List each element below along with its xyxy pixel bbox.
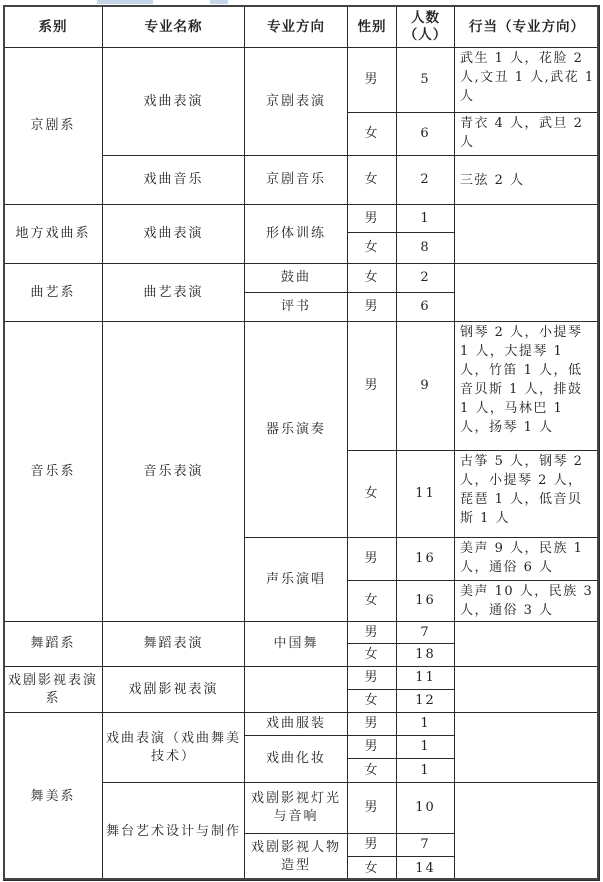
selection-highlight: [97, 0, 153, 4]
cell-direction: 鼓曲: [244, 263, 348, 293]
cell-direction: 器乐演奏: [244, 321, 348, 538]
cell-count: 10: [396, 782, 455, 834]
cell-count: 8: [396, 232, 455, 264]
cell-gender: 女: [347, 856, 397, 881]
cell-major: 曲艺表演: [102, 263, 245, 322]
cell-roles: 钢琴 2 人，小提琴 1 人，大提琴 1 人，竹笛 1 人，低音贝斯 1 人，排…: [454, 321, 600, 451]
cell-gender: 女: [347, 758, 397, 783]
cell-count: 12: [396, 689, 455, 713]
cell-department: 舞美系: [3, 712, 103, 881]
cell-direction: 戏曲服装: [244, 712, 348, 736]
cell-gender: 女: [347, 450, 397, 538]
cell-count: 7: [396, 833, 455, 857]
cell-roles: [454, 621, 600, 667]
cell-direction: 评书: [244, 292, 348, 322]
cell-department: 京剧系: [3, 47, 103, 205]
cell-count: 14: [396, 856, 455, 881]
cell-direction: 中国舞: [244, 621, 348, 667]
cell-count: 2: [396, 155, 455, 205]
cell-department: 舞蹈系: [3, 621, 103, 667]
cell-gender: 男: [347, 735, 397, 759]
cell-gender: 男: [347, 782, 397, 834]
cell-gender: 男: [347, 204, 397, 233]
cell-roles: 三弦 2 人: [454, 155, 600, 205]
cell-gender: 女: [347, 155, 397, 205]
cell-major: 戏剧影视表演: [102, 666, 245, 713]
cell-direction: [244, 666, 348, 713]
cell-gender: 男: [347, 712, 397, 736]
cell-roles: [454, 204, 600, 264]
cell-count: 1: [396, 758, 455, 783]
cell-major: 戏曲表演: [102, 47, 245, 156]
cell-count: 16: [396, 580, 455, 622]
cell-gender: 男: [347, 321, 397, 451]
cell-major: 舞台艺术设计与制作: [102, 782, 245, 881]
cell-gender: 男: [347, 833, 397, 857]
cell-count: 2: [396, 263, 455, 293]
cell-roles: 青衣 4 人，武旦 2 人: [454, 112, 600, 156]
cell-gender: 女: [347, 263, 397, 293]
cell-roles: 武生 1 人，花脸 2 人,文丑 1 人,武花 1 人: [454, 47, 600, 113]
cell-gender: 男: [347, 666, 397, 690]
cell-direction: 戏剧影视灯光与音响: [244, 782, 348, 834]
cell-count: 1: [396, 204, 455, 233]
cell-department: 戏剧影视表演系: [3, 666, 103, 713]
cell-major: 音乐表演: [102, 321, 245, 622]
cell-gender: 女: [347, 580, 397, 622]
cell-gender: 男: [347, 537, 397, 581]
header-roles: 行当（专业方向）: [454, 5, 600, 48]
cell-count: 18: [396, 643, 455, 667]
cell-count: 6: [396, 112, 455, 156]
cell-department: 地方戏曲系: [3, 204, 103, 264]
cell-roles: 古筝 5 人，钢琴 2 人，小提琴 2 人，琵琶 1 人，低音贝斯 1 人: [454, 450, 600, 538]
cell-count: 1: [396, 735, 455, 759]
header-major: 专业名称: [102, 5, 245, 48]
header-direction: 专业方向: [244, 5, 348, 48]
cell-count: 11: [396, 666, 455, 690]
cell-count: 7: [396, 621, 455, 644]
cell-count: 11: [396, 450, 455, 538]
cell-major: 戏曲表演: [102, 204, 245, 264]
cell-gender: 女: [347, 112, 397, 156]
cell-roles: [454, 263, 600, 322]
cell-roles: 美声 9 人，民族 1 人，通俗 6 人: [454, 537, 600, 581]
cell-major: 舞蹈表演: [102, 621, 245, 667]
cell-count: 5: [396, 47, 455, 113]
header-gender: 性别: [347, 5, 397, 48]
cell-direction: 戏剧影视人物造型: [244, 833, 348, 881]
cell-roles: [454, 712, 600, 783]
cell-gender: 男: [347, 621, 397, 644]
cell-direction: 形体训练: [244, 204, 348, 264]
cell-gender: 男: [347, 292, 397, 322]
cell-department: 曲艺系: [3, 263, 103, 322]
cell-major: 戏曲表演（戏曲舞美技术）: [102, 712, 245, 783]
cell-roles: [454, 782, 600, 881]
cell-direction: 戏曲化妆: [244, 735, 348, 783]
cell-count: 9: [396, 321, 455, 451]
cell-direction: 京剧音乐: [244, 155, 348, 205]
cell-count: 6: [396, 292, 455, 322]
header-department: 系别: [3, 5, 103, 48]
cell-roles: 美声 10 人，民族 3 人，通俗 3 人: [454, 580, 600, 622]
cell-direction: 声乐演唱: [244, 537, 348, 622]
cell-count: 16: [396, 537, 455, 581]
cell-department: 音乐系: [3, 321, 103, 622]
selection-highlight: [210, 0, 228, 4]
cell-gender: 女: [347, 643, 397, 667]
cell-gender: 女: [347, 232, 397, 264]
cell-count: 1: [396, 712, 455, 736]
cell-direction: 京剧表演: [244, 47, 348, 156]
cell-gender: 女: [347, 689, 397, 713]
header-count: 人数（人）: [396, 5, 455, 48]
cell-roles: [454, 666, 600, 713]
cell-major: 戏曲音乐: [102, 155, 245, 205]
cell-gender: 男: [347, 47, 397, 113]
